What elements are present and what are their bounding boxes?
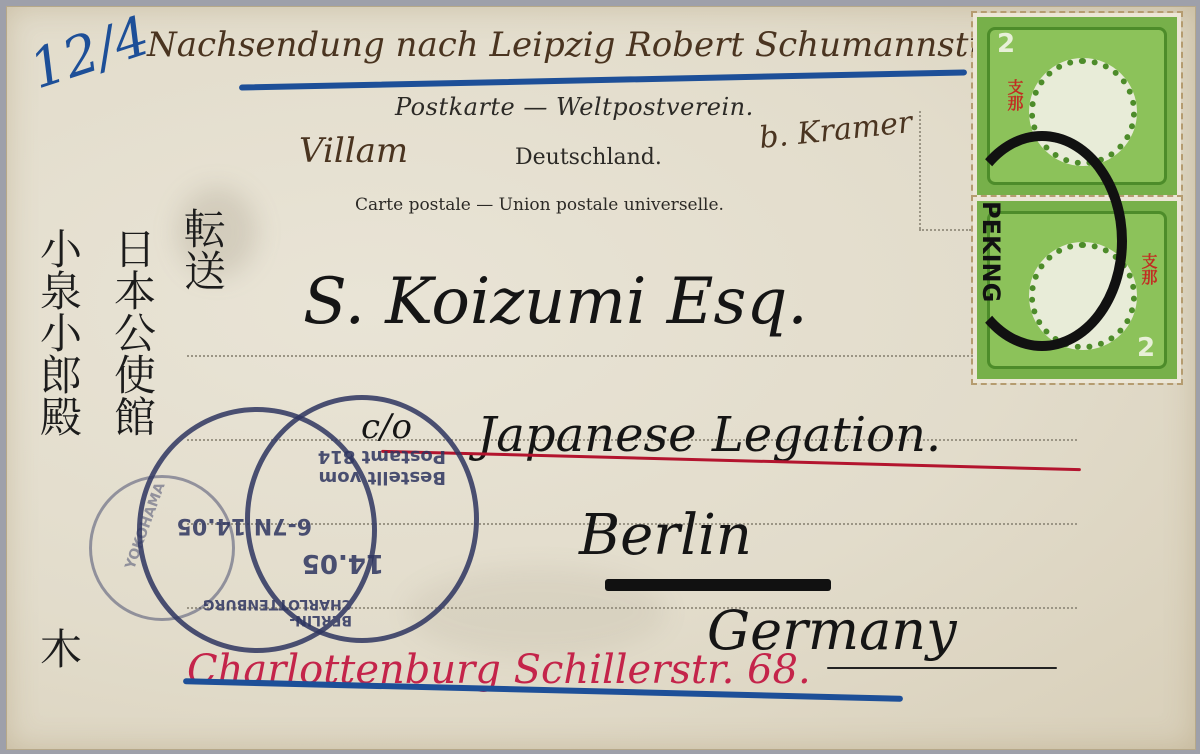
addressee: S. Koizumi Esq. [303,265,808,339]
blue-strikethrough [239,69,967,90]
postcard: Postkarte — Weltpostverein. Deutschland.… [6,6,1196,750]
kramer-note: b. Kramer [758,105,914,156]
forwarding-note: Nachsendung nach Leipzig Robert Schumann… [147,25,1057,65]
japanese-note-2: 日本公使館 [111,227,153,437]
japanese-note-3: 小泉小郎殿 [37,227,79,437]
stamp-box-line [919,111,921,229]
country-underline [827,667,1057,669]
address-line [187,355,1077,357]
charlottenburg-postmark: BERLIN-CHARLOTTENBURG 6-7N 14.05 [137,407,377,653]
villa-note: Villam [299,131,408,171]
japanese-note-1: 転送 [181,207,223,291]
corner-note: 12/4 [22,4,157,101]
peking-postmark: PEKING [957,131,1127,351]
printed-country: Deutschland. [515,145,662,170]
city: Berlin [579,503,752,568]
city-underline [605,579,831,591]
printed-header-french: Carte postale — Union postale universell… [355,195,724,215]
printed-header-german: Postkarte — Weltpostverein. [395,93,754,121]
japanese-note-4: 木 [37,627,79,669]
